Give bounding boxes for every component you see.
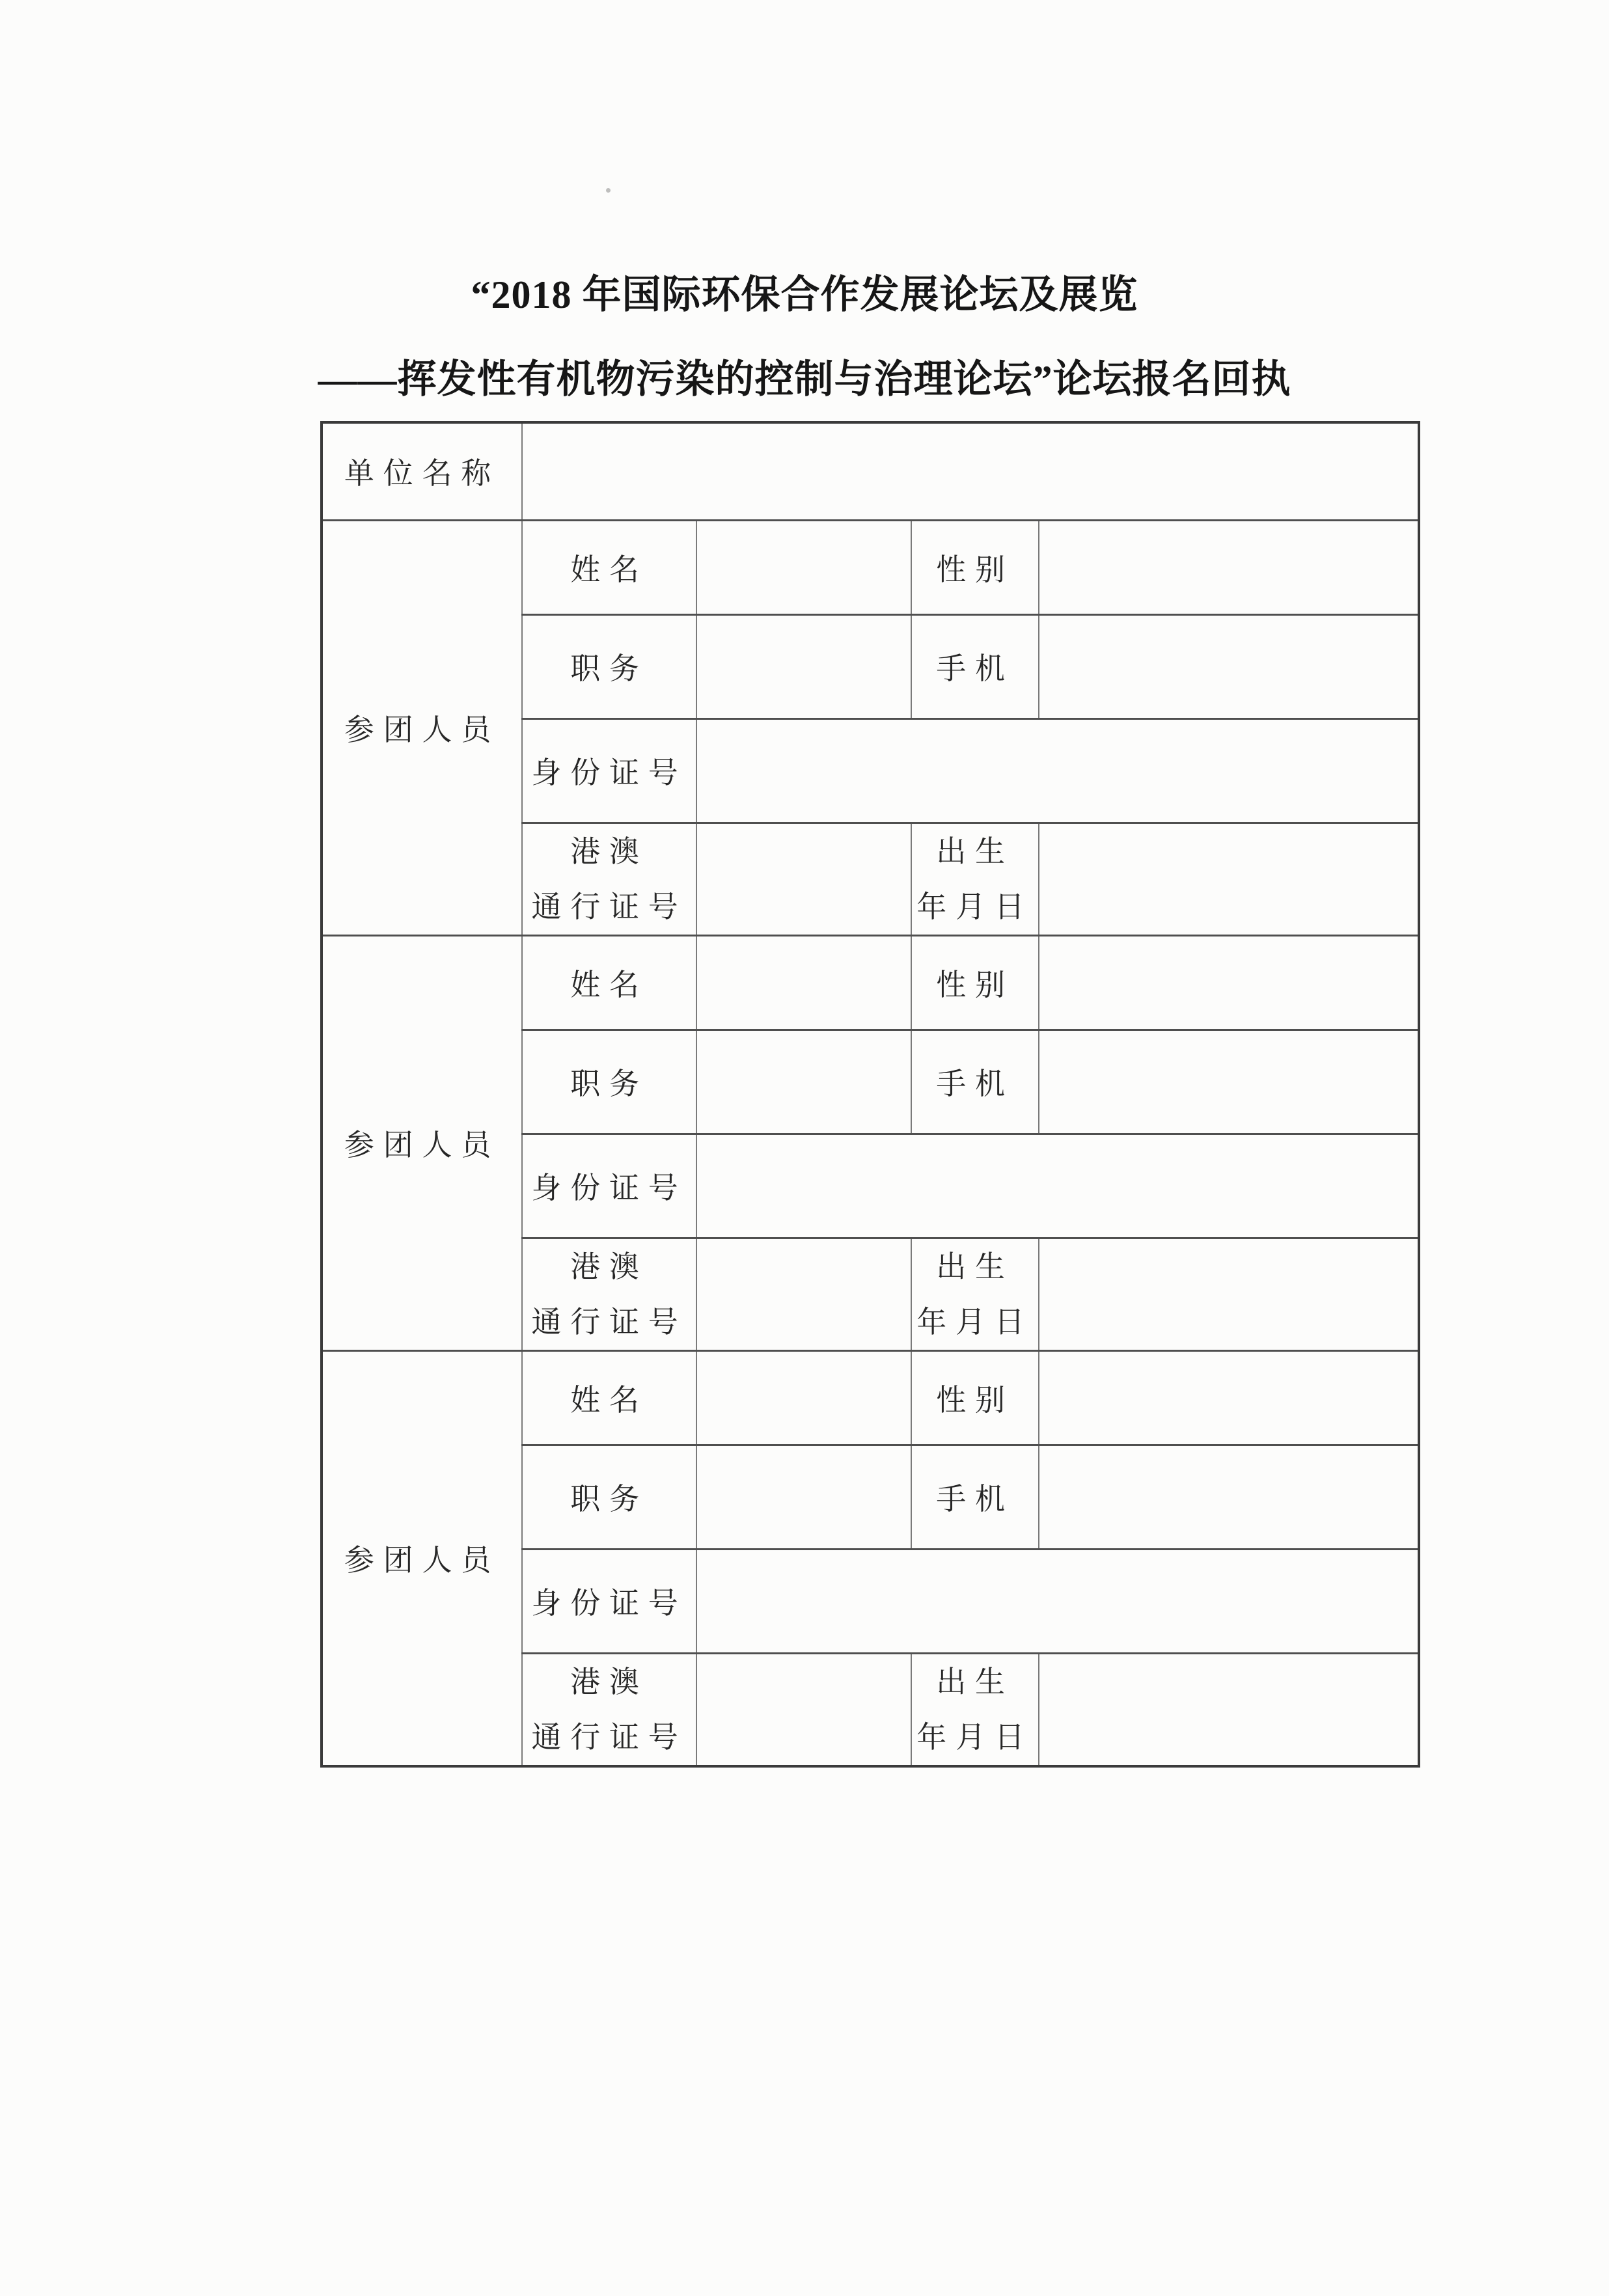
member2-gender-value-cell (1039, 935, 1419, 1030)
table-row: 参团人员 姓名 性别 (322, 1350, 1419, 1445)
member2-mobile-label-cell: 手机 (911, 1030, 1039, 1134)
member3-group-label-cell: 参团人员 (322, 1350, 522, 1766)
table-row: 参团人员 姓名 性别 (322, 935, 1419, 1030)
member2-position-label-cell: 职务 (522, 1030, 696, 1134)
unit-name-label-cell: 单位名称 (322, 422, 522, 520)
member1-birthdate-value-cell (1039, 823, 1419, 935)
member2-birthdate-label-cell: 出生 年月日 (911, 1238, 1039, 1350)
member2-permit-value-cell (696, 1238, 911, 1350)
member1-name-value-cell (696, 520, 911, 614)
scanned-form-page: “2018 年国际环保合作发展论坛及展览 ——挥发性有机物污染的控制与治理论坛”… (0, 0, 1609, 2296)
member1-mobile-value-cell (1039, 614, 1419, 718)
member1-gender-value-cell (1039, 520, 1419, 614)
table-row-unit: 单位名称 (322, 422, 1419, 520)
table-row: 参团人员 姓名 性别 (322, 520, 1419, 614)
member2-name-value-cell (696, 935, 911, 1030)
member3-name-value-cell (696, 1350, 911, 1445)
member3-position-label-cell: 职务 (522, 1445, 696, 1549)
member1-position-value-cell (696, 614, 911, 718)
member3-gender-value-cell (1039, 1350, 1419, 1445)
member3-birthdate-value-cell (1039, 1653, 1419, 1766)
member1-id-label-cell: 身份证号 (522, 718, 696, 823)
member2-id-value-cell (696, 1134, 1419, 1238)
form-title-line2: ——挥发性有机物污染的控制与治理论坛”论坛报名回执 (0, 348, 1609, 404)
member3-mobile-label-cell: 手机 (911, 1445, 1039, 1549)
member1-position-label-cell: 职务 (522, 614, 696, 718)
member3-name-label-cell: 姓名 (522, 1350, 696, 1445)
member1-name-label-cell: 姓名 (522, 520, 696, 614)
member3-gender-label-cell: 性别 (911, 1350, 1039, 1445)
member1-group-label-cell: 参团人员 (322, 520, 522, 935)
scan-artifact-speck (606, 188, 611, 193)
member2-permit-label-cell: 港澳 通行证号 (522, 1238, 696, 1350)
member3-id-label-cell: 身份证号 (522, 1549, 696, 1653)
member2-id-label-cell: 身份证号 (522, 1134, 696, 1238)
member2-mobile-value-cell (1039, 1030, 1419, 1134)
member1-birthdate-label-cell: 出生 年月日 (911, 823, 1039, 935)
form-title-line1: “2018 年国际环保合作发展论坛及展览 (0, 264, 1609, 320)
member1-permit-value-cell (696, 823, 911, 935)
member1-id-value-cell (696, 718, 1419, 823)
member2-group-label-cell: 参团人员 (322, 935, 522, 1350)
member2-name-label-cell: 姓名 (522, 935, 696, 1030)
member2-birthdate-value-cell (1039, 1238, 1419, 1350)
registration-table: 单位名称 参团人员 姓名 性别 职务 手机 身份证号 港澳 通行证号 出生 年月… (320, 421, 1420, 1768)
member3-position-value-cell (696, 1445, 911, 1549)
member3-permit-label-cell: 港澳 通行证号 (522, 1653, 696, 1766)
member1-mobile-label-cell: 手机 (911, 614, 1039, 718)
unit-name-value-cell (522, 422, 1419, 520)
member3-birthdate-label-cell: 出生 年月日 (911, 1653, 1039, 1766)
member1-gender-label-cell: 性别 (911, 520, 1039, 614)
member3-permit-value-cell (696, 1653, 911, 1766)
member2-gender-label-cell: 性别 (911, 935, 1039, 1030)
member3-mobile-value-cell (1039, 1445, 1419, 1549)
member2-position-value-cell (696, 1030, 911, 1134)
member1-permit-label-cell: 港澳 通行证号 (522, 823, 696, 935)
member3-id-value-cell (696, 1549, 1419, 1653)
